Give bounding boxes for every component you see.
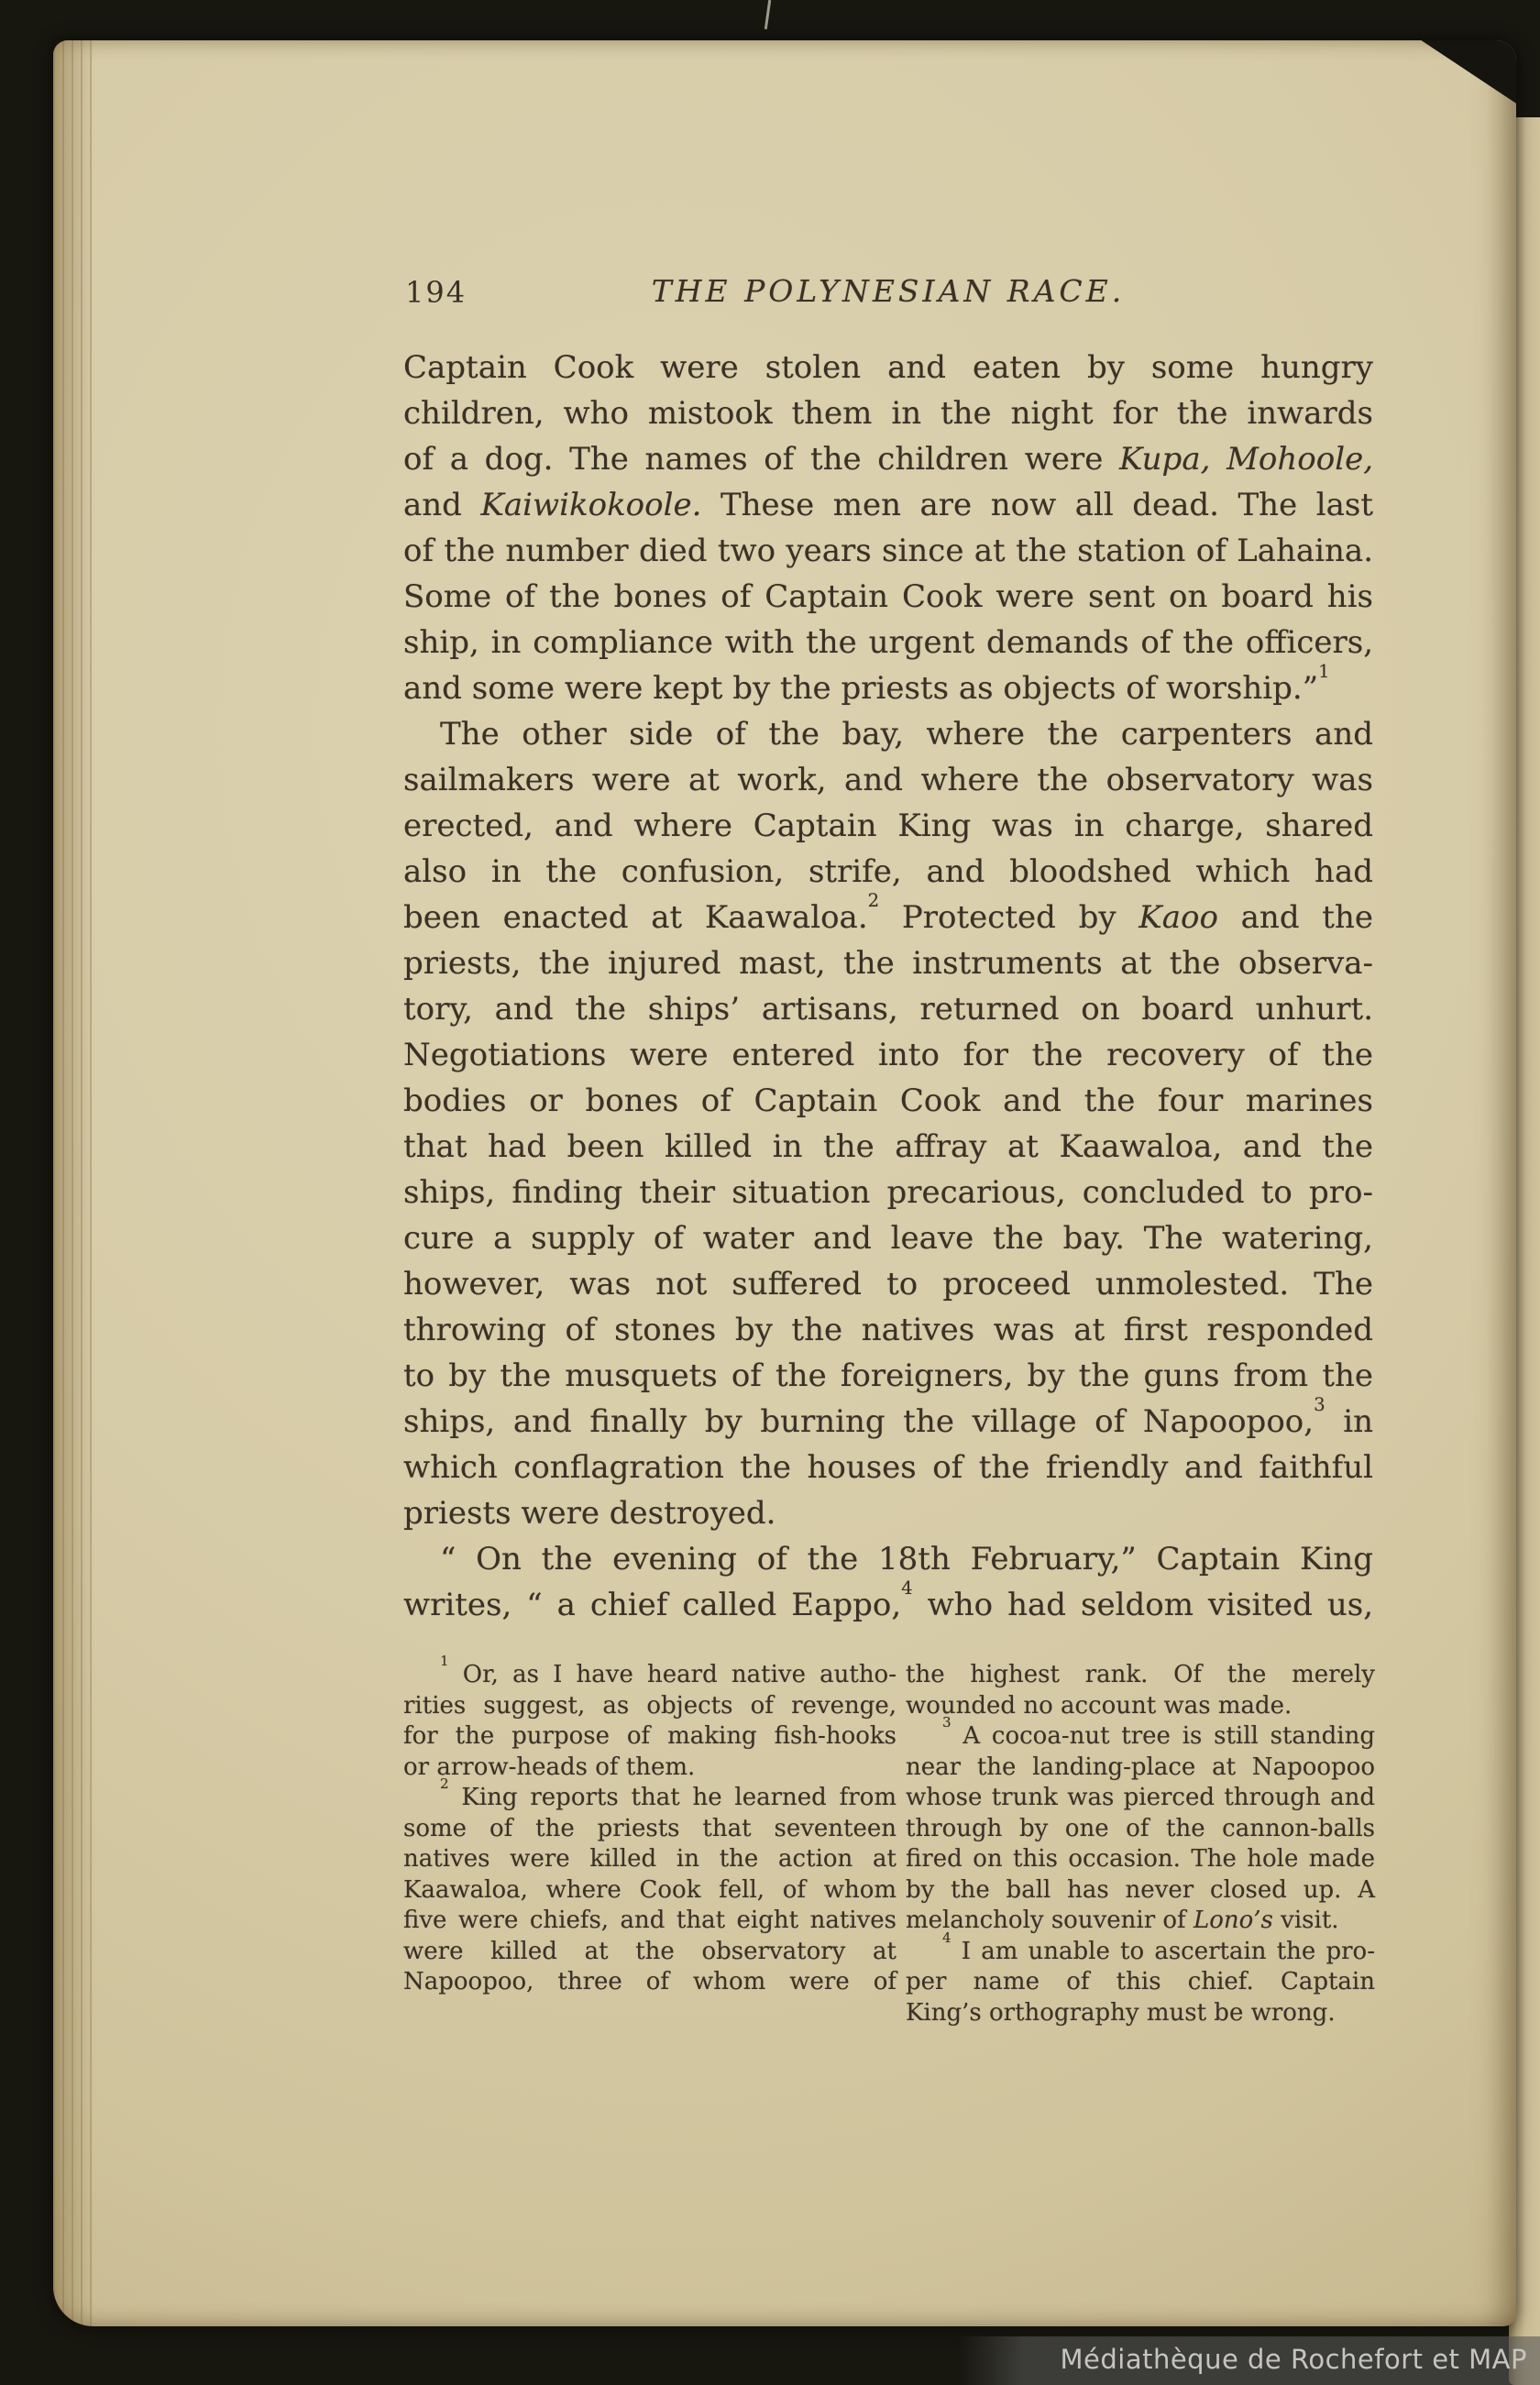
footnote-line: 3 A cocoa-nut tree is still standing	[906, 1721, 1375, 1753]
text-segment: per name of this chief. Captain	[906, 1968, 1375, 1995]
italic-text: Kupa, Mohoole,	[1119, 441, 1373, 478]
text-segment: ships, finding their situation precariou…	[403, 1174, 1373, 1211]
footnote-line: wounded no account was made.	[906, 1691, 1375, 1722]
body-line: The other side of the bay, where the car…	[403, 711, 1373, 757]
footnote-line: 2 King reports that he learned from	[403, 1783, 896, 1814]
text-segment: King reports that he learned from	[449, 1784, 896, 1811]
text-segment: priests were destroyed.	[403, 1495, 775, 1532]
footnote-line: per name of this chief. Captain	[906, 1967, 1375, 1998]
text-segment: bodies or bones of Captain Cook and the …	[403, 1083, 1373, 1119]
text-segment: Napoopoo, three of whom were of	[403, 1968, 896, 1995]
text-segment: who had seldom visited us,	[913, 1587, 1373, 1623]
page-number: 194	[405, 275, 467, 310]
text-segment: five were chiefs, and that eight natives	[403, 1907, 896, 1934]
italic-text: Kaiwikokoole.	[480, 487, 701, 523]
body-line: children, who mistook them in the night …	[403, 390, 1373, 436]
body-line: that had been killed in the affray at Ka…	[403, 1124, 1373, 1170]
scratch-mark	[764, 0, 771, 29]
text-segment: Kaawaloa, where Cook fell, of whom	[403, 1876, 896, 1904]
body-line: been enacted at Kaawaloa.2 Protected by …	[403, 895, 1373, 940]
text-segment: tory, and the ships’ artisans, returned …	[403, 991, 1373, 1028]
body-line: and Kaiwikokoole. These men are now all …	[403, 482, 1373, 528]
body-line: of a dog. The names of the children were…	[403, 436, 1373, 482]
footnote-line: five were chiefs, and that eight natives	[403, 1906, 896, 1937]
body-line: “ On the evening of the 18th February,” …	[403, 1536, 1373, 1582]
text-segment: throwing of stones by the natives was at…	[403, 1312, 1373, 1348]
text-segment: These men are now all dead. The last	[701, 487, 1373, 523]
superscript-marker: 1	[1318, 661, 1330, 682]
body-line: ships, finding their situation precariou…	[403, 1170, 1373, 1215]
footnote-line: or arrow-heads of them.	[403, 1753, 896, 1784]
text-segment: children, who mistook them in the night …	[403, 395, 1373, 432]
footnote-line: were killed at the observatory at	[403, 1937, 896, 1968]
text-segment: fired on this occasion. The hole made	[906, 1845, 1375, 1873]
superscript-marker: 3	[942, 1714, 951, 1731]
footnote-line: King’s orthography must be wrong.	[906, 1998, 1375, 2029]
footnote-line: the highest rank. Of the merely	[906, 1660, 1375, 1691]
footnote-line: by the ball has never closed up. A	[906, 1875, 1375, 1907]
superscript-marker: 3	[1314, 1394, 1325, 1415]
footnote-column-left: 1 Or, as I have heard native autho-ritie…	[403, 1660, 896, 1998]
body-line: sailmakers were at work, and where the o…	[403, 757, 1373, 803]
watermark: Médiathèque de Rochefort et MAP	[959, 2336, 1540, 2385]
text-segment: “ On the evening of the 18th February,” …	[440, 1541, 1373, 1577]
text-segment: and	[403, 487, 480, 523]
text-segment: in	[1325, 1403, 1373, 1440]
footnote-line: rities suggest, as objects of revenge,	[403, 1691, 896, 1722]
footnote-line: through by one of the cannon-balls	[906, 1814, 1375, 1845]
text-segment: the highest rank. Of the merely	[906, 1661, 1375, 1688]
text-segment: Some of the bones of Captain Cook were s…	[403, 578, 1373, 615]
superscript-marker: 4	[942, 1929, 951, 1946]
body-line: tory, and the ships’ artisans, returned …	[403, 986, 1373, 1032]
body-line: to by the musquets of the foreigners, by…	[403, 1353, 1373, 1399]
text-segment: Protected by	[879, 899, 1138, 936]
text-segment: visit.	[1273, 1907, 1339, 1934]
book-page: 194 THE POLYNESIAN RACE. Captain Cook we…	[53, 40, 1516, 2326]
text-segment: for the purpose of making fish-hooks	[403, 1722, 896, 1750]
body-line: Negotiations were entered into for the r…	[403, 1032, 1373, 1078]
text-segment: priests, the injured mast, the instrumen…	[403, 945, 1373, 982]
text-segment: and some were kept by the priests as obj…	[403, 670, 1318, 707]
text-segment: I am unable to ascertain the pro-	[951, 1938, 1375, 1965]
italic-text: Kaoo	[1138, 899, 1218, 936]
running-title: THE POLYNESIAN RACE.	[403, 269, 1373, 309]
text-segment: sailmakers were at work, and where the o…	[403, 762, 1373, 798]
body-line: also in the confusion, strife, and blood…	[403, 849, 1373, 895]
body-line: bodies or bones of Captain Cook and the …	[403, 1078, 1373, 1124]
superscript-marker: 1	[440, 1653, 449, 1669]
page-header: 194 THE POLYNESIAN RACE.	[403, 269, 1373, 312]
body-line: Some of the bones of Captain Cook were s…	[403, 574, 1373, 620]
text-segment: The other side of the bay, where the car…	[440, 716, 1373, 753]
body-line: of the number died two years since at th…	[403, 528, 1373, 574]
text-segment: Or, as I have heard native autho-	[449, 1661, 896, 1688]
text-segment: to by the musquets of the foreigners, by…	[403, 1357, 1373, 1394]
page-content: 194 THE POLYNESIAN RACE. Captain Cook we…	[403, 40, 1373, 2326]
body-line: which conflagration the houses of the fr…	[403, 1445, 1373, 1490]
text-segment: of a dog. The names of the children were	[403, 441, 1119, 478]
body-text: Captain Cook were stolen and eaten by so…	[403, 345, 1373, 1628]
text-segment: ship, in compliance with the urgent dema…	[403, 624, 1373, 661]
body-line: however, was not suffered to proceed unm…	[403, 1261, 1373, 1307]
footnotes: 1 Or, as I have heard native autho-ritie…	[403, 1660, 1373, 2045]
text-segment: A cocoa-nut tree is still standing	[951, 1722, 1375, 1750]
text-segment: by the ball has never closed up. A	[906, 1876, 1375, 1904]
page-edge-stack	[53, 40, 95, 2326]
superscript-marker: 2	[440, 1775, 449, 1792]
text-segment: that had been killed in the affray at Ka…	[403, 1128, 1373, 1165]
body-line: ships, and finally by burning the villag…	[403, 1399, 1373, 1445]
footnote-line: melancholy souvenir of Lono’s visit.	[906, 1906, 1375, 1937]
body-line: cure a supply of water and leave the bay…	[403, 1215, 1373, 1261]
footnote-line: fired on this occasion. The hole made	[906, 1844, 1375, 1875]
text-segment: near the landing-place at Napoopoo	[906, 1753, 1375, 1781]
body-line: Captain Cook were stolen and eaten by so…	[403, 345, 1373, 390]
text-segment: ships, and finally by burning the villag…	[403, 1403, 1314, 1440]
italic-text: Lono’s	[1193, 1907, 1273, 1934]
footnote-line: for the purpose of making fish-hooks	[403, 1721, 896, 1753]
text-segment: natives were killed in the action at	[403, 1845, 896, 1873]
superscript-marker: 2	[868, 890, 880, 911]
footnote-line: whose trunk was pierced through and	[906, 1783, 1375, 1814]
text-segment: Negotiations were entered into for the r…	[403, 1037, 1373, 1073]
body-line: throwing of stones by the natives was at…	[403, 1307, 1373, 1353]
text-segment: writes, “ a chief called Eappo,	[403, 1587, 901, 1623]
text-segment: rities suggest, as objects of revenge,	[403, 1692, 896, 1720]
text-segment: been enacted at Kaawaloa.	[403, 899, 868, 936]
footnote-column-right: the highest rank. Of the merelywounded n…	[906, 1660, 1375, 2028]
footnote-line: 4 I am unable to ascertain the pro-	[906, 1937, 1375, 1968]
body-line: erected, and where Captain King was in c…	[403, 803, 1373, 849]
text-segment: of the number died two years since at th…	[403, 533, 1373, 569]
text-segment: and the	[1218, 899, 1373, 936]
footnote-line: Napoopoo, three of whom were of	[403, 1967, 896, 1998]
footnote-line: some of the priests that seventeen	[403, 1814, 896, 1845]
body-line: priests, the injured mast, the instrumen…	[403, 940, 1373, 986]
body-line: and some were kept by the priests as obj…	[403, 665, 1373, 711]
body-line: ship, in compliance with the urgent dema…	[403, 620, 1373, 665]
text-segment: King’s orthography must be wrong.	[906, 1999, 1336, 2027]
footnote-line: near the landing-place at Napoopoo	[906, 1753, 1375, 1784]
footnote-line: Kaawaloa, where Cook fell, of whom	[403, 1875, 896, 1907]
text-segment: Captain Cook were stolen and eaten by so…	[403, 349, 1373, 386]
superscript-marker: 4	[901, 1577, 913, 1599]
text-segment: wounded no account was made.	[906, 1692, 1292, 1720]
text-segment: were killed at the observatory at	[403, 1938, 896, 1965]
body-line: writes, “ a chief called Eappo,4 who had…	[403, 1582, 1373, 1628]
text-segment: whose trunk was pierced through and	[906, 1784, 1375, 1811]
text-segment: erected, and where Captain King was in c…	[403, 808, 1373, 844]
footnote-line: natives were killed in the action at	[403, 1844, 896, 1875]
body-line: priests were destroyed.	[403, 1490, 1373, 1536]
text-segment: cure a supply of water and leave the bay…	[403, 1220, 1373, 1257]
scanned-book-photo: 194 THE POLYNESIAN RACE. Captain Cook we…	[0, 0, 1540, 2385]
corner-shadow	[1388, 40, 1516, 119]
text-segment: through by one of the cannon-balls	[906, 1815, 1375, 1842]
text-segment: however, was not suffered to proceed unm…	[403, 1266, 1373, 1302]
text-segment: which conflagration the houses of the fr…	[403, 1449, 1373, 1486]
text-segment: also in the confusion, strife, and blood…	[403, 853, 1373, 890]
footnote-line: 1 Or, as I have heard native autho-	[403, 1660, 896, 1691]
text-segment: some of the priests that seventeen	[403, 1815, 896, 1842]
